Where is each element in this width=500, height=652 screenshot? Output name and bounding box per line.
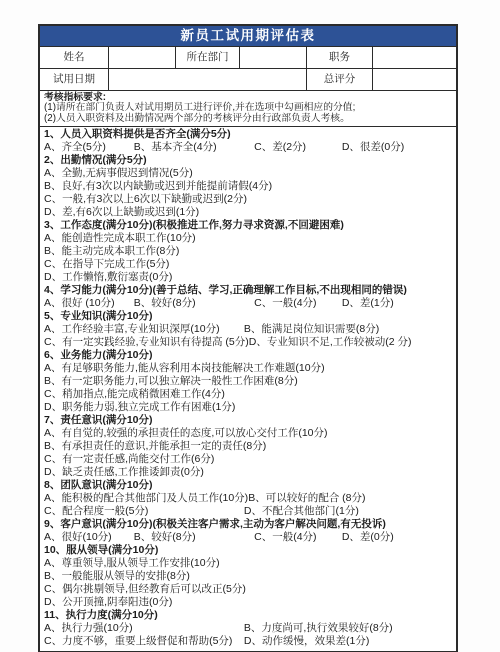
total-score-value-cell <box>373 69 456 90</box>
position-label: 职务 <box>307 47 373 68</box>
requirement-line-2: (2)人员入职资料及出勤情况两个部分的考核评分由行政部负责人考核。 <box>44 114 452 124</box>
option: D、公开顶撞,阴奉阳违(0分) <box>44 596 172 609</box>
item-2-option-line-3: C、一般,有3次以上6次以下缺勤或迟到(2分) <box>44 193 452 206</box>
option: D、专业知识不足,工作较被动(2 分) <box>249 336 412 349</box>
item-2-heading: 2、出勤情况(满分5分) <box>44 154 452 167</box>
item-7-heading: 7、责任意识(满分10分) <box>44 414 452 427</box>
option: C、稍加指点,能完成稍微困难工作(4分) <box>44 388 225 401</box>
item-10-option-line-1: A、尊重领导,服从领导工作安排(10分) <box>44 557 452 570</box>
item-3-option-line-1: A、能创造性完成本职工作(10分) <box>44 232 452 245</box>
form-title: 新员工试用期评估表 <box>40 26 456 47</box>
option: C、差(2分) <box>254 141 342 154</box>
item-9-option-line-1: A、很好(10分)B、较好(8分)C、一般(4分)D、差(0分) <box>44 531 452 544</box>
item-3-option-line-2: B、能主动完成本职工作(8分) <box>44 245 452 258</box>
item-7-option-line-3: C、有一定责任感,尚能交付工作(6分) <box>44 453 452 466</box>
option: D、工作懒惰,敷衍塞责(0分) <box>44 271 172 284</box>
option: C、有一定实践经验,专业知识有待提高 (5分) <box>44 336 249 349</box>
option: B、能主动完成本职工作(8分) <box>44 245 179 258</box>
item-8-option-line-1: A、能积极的配合其他部门及人员工作(10分)B、可以较好的配合 (8分) <box>44 492 452 505</box>
option: D、动作缓慢，效果差(1分) <box>244 635 369 648</box>
option: B、基本齐全(4分) <box>134 141 254 154</box>
name-value-cell <box>109 47 176 68</box>
item-10-option-line-3: C、偶尔挑剔领导,但经教育后可以改正(5分) <box>44 583 452 596</box>
item-10-option-line-4: D、公开顶撞,阴奉阳违(0分) <box>44 596 452 609</box>
position-value-cell <box>373 47 456 68</box>
option: D、差,有6次以上缺勤或迟到(1分) <box>44 206 199 219</box>
option: D、职务能力弱,独立完成工作有困难(1分) <box>44 401 235 414</box>
item-7-option-line-2: B、有承担责任的意识,并能承担一定的责任(8分) <box>44 440 452 453</box>
item-2-option-line-2: B、良好,有3次以内缺勤或迟到并能提前请假(4分) <box>44 180 452 193</box>
option: C、一般,有3次以上6次以下缺勤或迟到(2分) <box>44 193 247 206</box>
option: C、在指导下完成工作(5分) <box>44 258 169 271</box>
evaluation-form-table: 新员工试用期评估表 姓名 所在部门 职务 试用日期 总评分 考核指标要求: (1… <box>38 24 458 652</box>
item-9-heading: 9、客户意识(满分10分)(积极关注客户需求,主动为客户解决问题,有无投诉) <box>44 518 452 531</box>
option: D、差(0分) <box>342 531 394 544</box>
option: D、差(1分) <box>342 297 394 310</box>
option: A、有足够职务能力,能从容利用本岗技能解决工作难题(10分) <box>44 362 325 375</box>
item-6-option-line-4: D、职务能力弱,独立完成工作有困难(1分) <box>44 401 452 414</box>
probation-date-value-cell <box>109 69 307 90</box>
item-6-option-line-3: C、稍加指点,能完成稍微困难工作(4分) <box>44 388 452 401</box>
item-7-option-line-4: D、缺乏责任感,工作推诿卸责(0分) <box>44 466 452 479</box>
assessment-requirements: 考核指标要求: (1)请所在部门负责人对试用期员工进行评价,并在选项中勾画相应的… <box>40 91 456 127</box>
item-5-heading: 5、专业知识(满分10分) <box>44 310 452 323</box>
item-10-option-line-2: B、一般能服从领导的安排(8分) <box>44 570 452 583</box>
option: A、很好(10分) <box>44 531 134 544</box>
info-row-1: 姓名 所在部门 职务 <box>40 47 456 69</box>
option: D、缺乏责任感,工作推诿卸责(0分) <box>44 466 204 479</box>
item-2-option-line-1: A、全勤,无病事假迟到情况(5分) <box>44 167 452 180</box>
option: C、有一定责任感,尚能交付工作(6分) <box>44 453 214 466</box>
option: C、偶尔挑剔领导,但经教育后可以改正(5分) <box>44 583 246 596</box>
option: A、执行力强(10分) <box>44 622 244 635</box>
item-4-heading: 4、学习能力(满分10分)(善于总结、学习,正确理解工作目标,不出现相同的错误) <box>44 284 452 297</box>
option: B、有承担责任的意识,并能承担一定的责任(8分) <box>44 440 266 453</box>
option: D、不配合其他部门(1分) <box>244 505 359 518</box>
option: B、良好,有3次以内缺勤或迟到并能提前请假(4分) <box>44 180 272 193</box>
option: C、一般(4分) <box>254 531 342 544</box>
item-4-option-line-1: A、很好 (10分)B、较好(8分)C、一般(4分)D、差(1分) <box>44 297 452 310</box>
item-1-option-line-1: A、齐全(5分)B、基本齐全(4分)C、差(2分)D、很差(0分) <box>44 141 452 154</box>
option: B、较好(8分) <box>134 531 254 544</box>
evaluation-form-page: 新员工试用期评估表 姓名 所在部门 职务 试用日期 总评分 考核指标要求: (1… <box>0 0 500 652</box>
option: A、全勤,无病事假迟到情况(5分) <box>44 167 193 180</box>
item-2-option-line-4: D、差,有6次以上缺勤或迟到(1分) <box>44 206 452 219</box>
option: A、能创造性完成本职工作(10分) <box>44 232 196 245</box>
item-5-option-line-2: C、有一定实践经验,专业知识有待提高 (5分)D、专业知识不足,工作较被动(2 … <box>44 336 452 349</box>
option: C、一般(4分) <box>254 297 342 310</box>
option: B、能满足岗位知识需要(8分) <box>244 323 379 336</box>
department-label: 所在部门 <box>176 47 240 68</box>
item-7-option-line-1: A、有自觉的,较强的承担责任的态度,可以放心交付工作(10分) <box>44 427 452 440</box>
item-3-option-line-4: D、工作懒惰,敷衍塞责(0分) <box>44 271 452 284</box>
item-11-heading: 11、执行力度(满分10分) <box>44 609 452 622</box>
option: B、较好(8分) <box>134 297 254 310</box>
option: A、很好 (10分) <box>44 297 134 310</box>
item-10-heading: 10、服从领导(满分10分) <box>44 544 452 557</box>
option: A、尊重领导,服从领导工作安排(10分) <box>44 557 220 570</box>
option: B、一般能服从领导的安排(8分) <box>44 570 190 583</box>
option: D、很差(0分) <box>342 141 404 154</box>
item-6-heading: 6、业务能力(满分10分) <box>44 349 452 362</box>
item-5-option-line-1: A、工作经验丰富,专业知识深厚(10分)B、能满足岗位知识需要(8分) <box>44 323 452 336</box>
option: A、有自觉的,较强的承担责任的态度,可以放心交付工作(10分) <box>44 427 328 440</box>
item-11-option-line-1: A、执行力强(10分)B、力度尚可,执行效果较好(8分) <box>44 622 452 635</box>
option: B、有一定职务能力,可以独立解决一般性工作困难(8分) <box>44 375 298 388</box>
option: B、力度尚可,执行效果较好(8分) <box>244 622 393 635</box>
item-11-option-line-2: C、力度不够，重要上级督促和帮助(5分)D、动作缓慢，效果差(1分) <box>44 635 452 648</box>
option: B、可以较好的配合 (8分) <box>248 492 365 505</box>
total-score-label: 总评分 <box>307 69 373 90</box>
info-row-2: 试用日期 总评分 <box>40 69 456 91</box>
option: C、配合程度一般(5分) <box>44 505 244 518</box>
item-6-option-line-1: A、有足够职务能力,能从容利用本岗技能解决工作难题(10分) <box>44 362 452 375</box>
item-8-option-line-2: C、配合程度一般(5分)D、不配合其他部门(1分) <box>44 505 452 518</box>
item-1-heading: 1、人员入职资料提供是否齐全(满分5分) <box>44 128 452 141</box>
option: A、工作经验丰富,专业知识深厚(10分) <box>44 323 244 336</box>
item-8-heading: 8、团队意识(满分10分) <box>44 479 452 492</box>
evaluation-items: 1、人员入职资料提供是否齐全(满分5分)A、齐全(5分)B、基本齐全(4分)C、… <box>40 127 456 651</box>
item-3-option-line-3: C、在指导下完成工作(5分) <box>44 258 452 271</box>
option: C、力度不够，重要上级督促和帮助(5分) <box>44 635 244 648</box>
department-value-cell <box>240 47 307 68</box>
option: A、齐全(5分) <box>44 141 134 154</box>
option: A、能积极的配合其他部门及人员工作(10分) <box>44 492 248 505</box>
name-label: 姓名 <box>40 47 109 68</box>
item-6-option-line-2: B、有一定职务能力,可以独立解决一般性工作困难(8分) <box>44 375 452 388</box>
probation-date-label: 试用日期 <box>40 69 109 90</box>
item-3-heading: 3、工作态度(满分10分)(积极推进工作,努力寻求资源,不回避困难) <box>44 219 452 232</box>
